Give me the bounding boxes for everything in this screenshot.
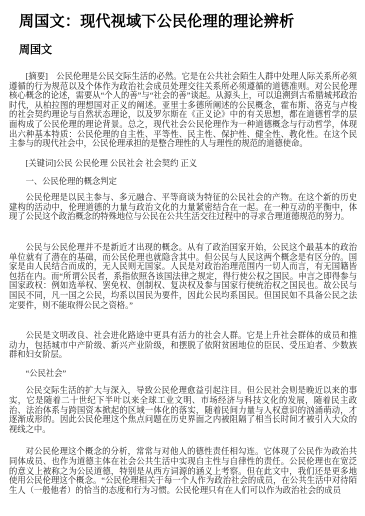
body-paragraph-3: 公民是文明改良、社会进化路途中更具有活力的社会人群。它是上升社会群体的成员和推动… [9, 331, 357, 360]
abstract-paragraph: [摘要]公民伦理是公民交际生活的必然。它是在公共社会陌生人群中处理人际关系所必须… [9, 72, 357, 149]
body-paragraph-1: 公民伦理是以民主参与、多元融合、平等商谈为特征的公民社会的产物。在这个新的历史建… [9, 193, 357, 222]
subheading-civil-society: “公民社会” [9, 369, 357, 379]
body-paragraph-2: 公民与公民伦理并不是新近才出现的概念。从有了政治国家开始，公民这个最基本的政治单… [9, 243, 357, 310]
keywords-label: [关键词] [26, 159, 56, 168]
body-paragraph-4: 公民交际生活的扩大与深入，导致公民伦理愈益引起注目。但公民社会则是晚近以来的事实… [9, 386, 357, 434]
keywords-line: [关键词]公民 公民伦理 公民社会 社会契约 正义 [9, 159, 357, 169]
keywords-text: 公民 公民伦理 公民社会 社会契约 正义 [56, 159, 197, 168]
body-paragraph-5: 对公民伦理这个概念的分析，常常与对他人的德性责任相勾连。它体现了公民作为政治共同… [9, 447, 357, 495]
abstract-label: [摘要] [26, 72, 48, 81]
article-page: 周国文：现代视域下公民伦理的理论辨析 周国文 [摘要]公民伦理是公民交际生活的必… [0, 0, 365, 516]
article-title: 周国文：现代视域下公民伦理的理论辨析 [19, 13, 357, 32]
abstract-text: 公民伦理是公民交际生活的必然。它是在公共社会陌生人群中处理人际关系所必须遵循的行… [9, 72, 357, 148]
article-author: 周国文 [19, 44, 357, 57]
section-heading-1: 一、公民伦理的概念判定 [9, 177, 357, 187]
